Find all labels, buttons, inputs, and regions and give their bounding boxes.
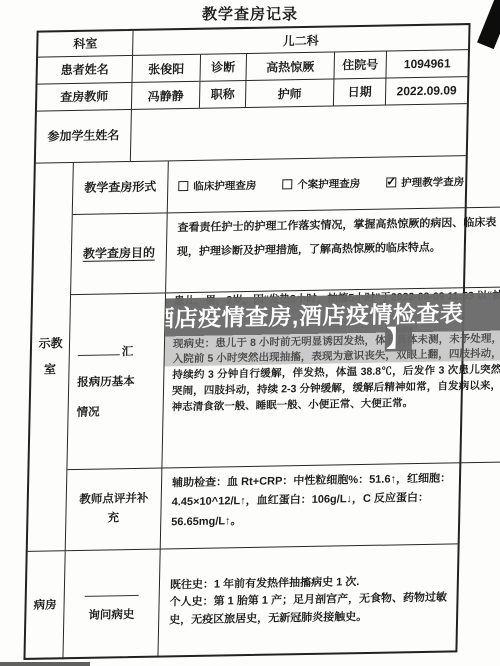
checkbox-option-case[interactable]: 个案护理查房	[282, 176, 360, 192]
history-inquiry-label: 询问病史	[63, 550, 160, 660]
watermark-overlay: 【酒店疫情查房,酒店疫情检查表	[162, 292, 500, 367]
diagnosis-value: 高热惊厥	[246, 52, 335, 80]
patient-name-value: 张俊阳	[132, 55, 201, 82]
teacher-comment-text: 辅助检查：血 Rt+CRP：中性粒细胞%：51.6↑，红细胞：4.45×10^1…	[161, 463, 500, 549]
blank-line	[85, 586, 139, 597]
case-report-text: 患儿，男，2岁，因“发热8小时，抽搐5小时”于2022-09-09 11:53 …	[162, 287, 500, 468]
table-row: 参加学生姓名	[36, 104, 467, 164]
personal-history-line: 个人史：第 1 胎第 1 产；足月剖宫产，无食物、药物过敏史，无疫区旅居史，无新…	[169, 590, 449, 630]
round-teacher-value: 冯静静	[132, 82, 201, 109]
students-label: 参加学生姓名	[36, 110, 132, 163]
ward-side-label: 病房	[25, 551, 65, 660]
date-label: 日期	[334, 79, 387, 106]
job-title-label: 职称	[200, 81, 247, 108]
date-value: 2022.09.09	[386, 77, 468, 104]
dept-label: 科室	[38, 31, 133, 57]
scan-edge-artifact	[0, 662, 90, 666]
checkbox-label: 临床护理查房	[193, 178, 256, 194]
ward-section: 病房 询问病史 既往史：1 年前有发热伴抽搐病史 1 次. 个人史：第 1 胎第…	[25, 544, 457, 660]
watermark-bracket: 】	[384, 326, 412, 352]
round-purpose-label: 教学查房目的	[71, 213, 168, 293]
classroom-section: 示教室 教学查房形式 临床护理查房 个案护理查房	[28, 156, 466, 552]
checkbox-label: 护理教学查房	[401, 174, 464, 190]
admission-number-label: 住院号	[334, 52, 387, 79]
students-value	[131, 104, 467, 161]
case-report-row: 汇 报病历基本 情况 患儿，男，2岁，因“发热8小时，抽搐5小时”于2022-0…	[67, 287, 500, 470]
round-format-label: 教学查房形式	[73, 161, 169, 214]
case-report-label: 汇 报病历基本 情况	[67, 293, 166, 469]
round-purpose-row: 教学查房目的 查看责任护士的护理工作落实情况，掌握高热惊厥的病因、临床表现，护理…	[71, 207, 500, 294]
job-title-value: 护师	[246, 79, 335, 107]
record-table: 科室 儿二科 患者姓名 张俊阳 诊断 高热惊厥 住院号 1094961 查房教师…	[23, 23, 470, 660]
checkbox-label: 个案护理查房	[297, 176, 360, 192]
diagnosis-label: 诊断	[200, 54, 247, 81]
patient-name-label: 患者姓名	[38, 56, 134, 84]
checkbox-icon[interactable]	[178, 181, 188, 191]
history-inquiry-text: 既往史：1 年前有发热伴抽搐病史 1 次. 个人史：第 1 胎第 1 产；足月剖…	[158, 544, 457, 657]
round-format-row: 教学查房形式 临床护理查房 个案护理查房 ✓ 护理教学查房	[73, 155, 500, 215]
round-teacher-label: 查房教师	[37, 83, 133, 111]
watermark-text: 【酒店疫情查房,酒店疫情检查表	[162, 294, 500, 334]
checkbox-checked-icon[interactable]: ✓	[386, 178, 396, 188]
scanned-document-page: 教学查房记录 科室 儿二科 患者姓名 张俊阳 诊断 高热惊厥 住院号 10949…	[0, 0, 500, 666]
checkbox-option-clinical[interactable]: 临床护理查房	[178, 178, 256, 194]
blank-line	[78, 345, 120, 356]
round-format-options: 临床护理查房 个案护理查房 ✓ 护理教学查房	[168, 155, 500, 212]
teacher-comment-label: 教师点评并补充	[66, 469, 163, 550]
document-title: 教学查房记录	[0, 3, 500, 24]
checkbox-icon[interactable]	[282, 180, 292, 190]
teacher-comment-row: 教师点评并补充 辅助检查：血 Rt+CRP：中性粒细胞%：51.6↑，红细胞：4…	[66, 463, 500, 550]
round-purpose-text: 查看责任护士的护理工作落实情况，掌握高热惊厥的病因、临床表现，护理诊断及护理措施…	[166, 207, 500, 292]
checkbox-option-teaching[interactable]: ✓ 护理教学查房	[386, 174, 464, 190]
admission-number-value: 1094961	[386, 50, 468, 77]
